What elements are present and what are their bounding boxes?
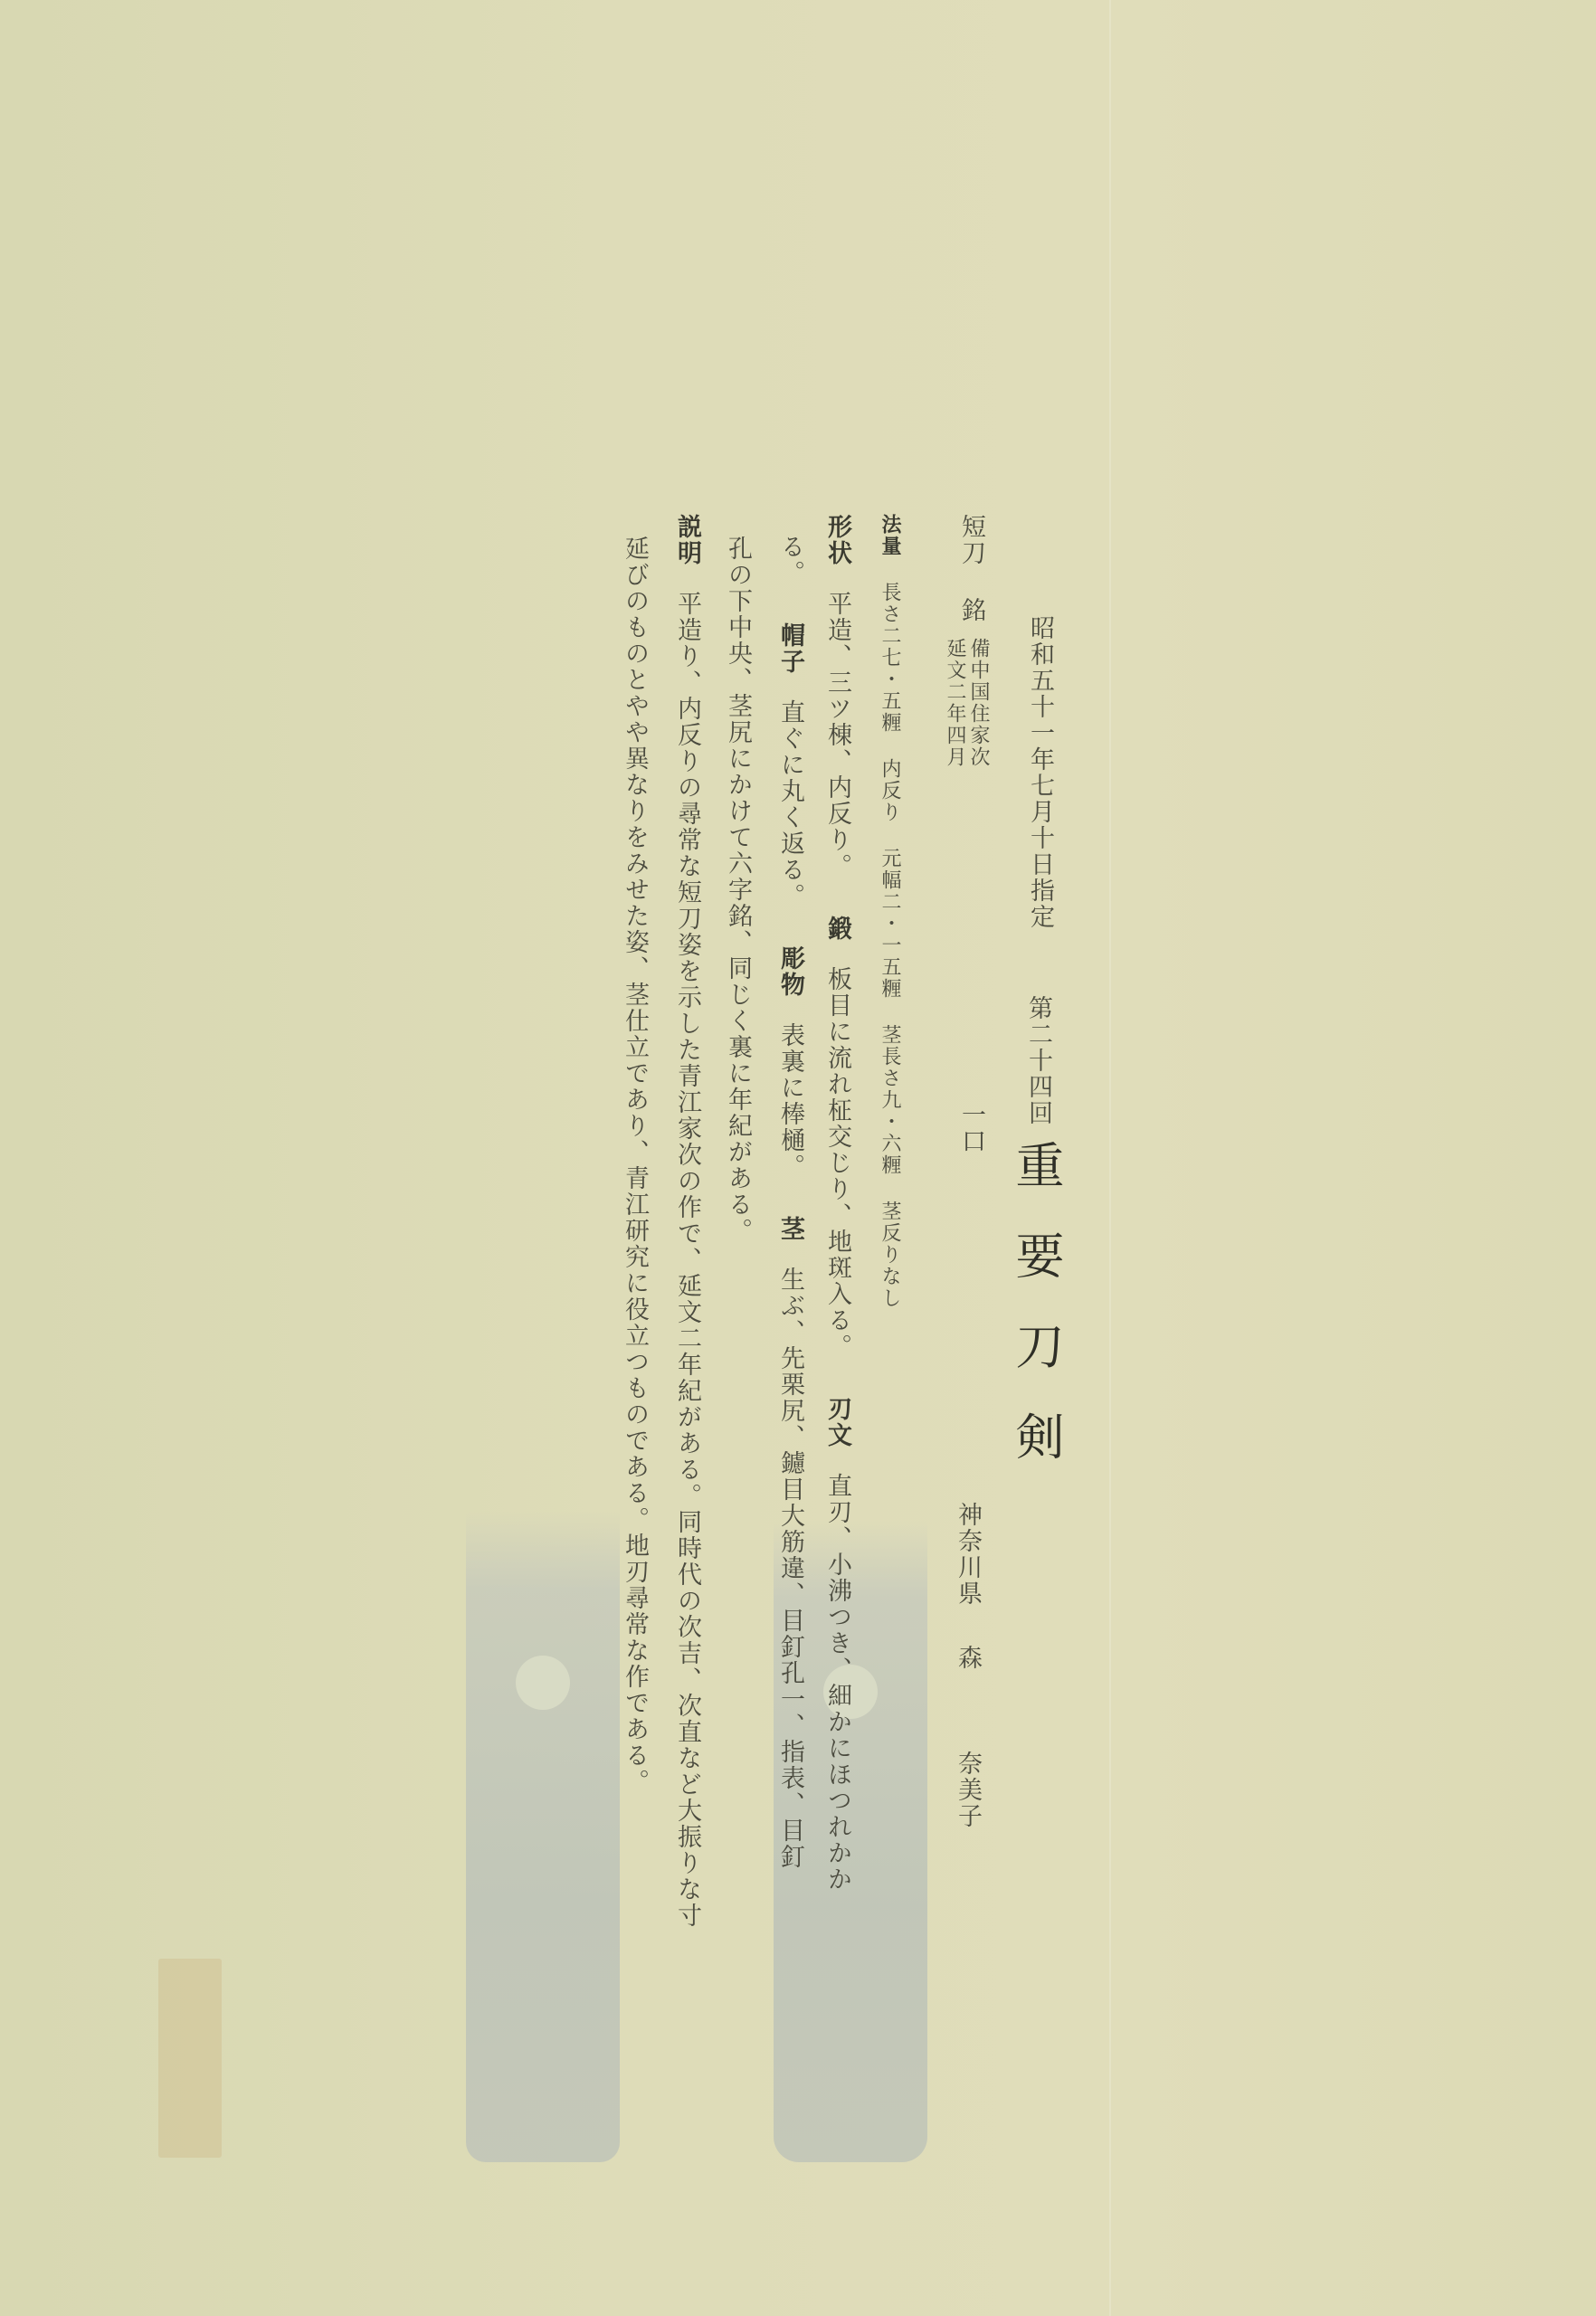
- hoyo-sori: 内反り: [879, 758, 901, 823]
- keijo-kitae-hamon-row: 形状平造、三ツ棟、内反り。鍛板目に流れ柾交じり、地斑入る。刃文直刃、小沸つき、細…: [825, 514, 850, 1893]
- item-count: 一口: [959, 1102, 983, 1154]
- session-number: 第二十四回: [1026, 995, 1050, 1126]
- keijo-text: 平造、三ツ棟、内反り。: [823, 591, 851, 879]
- item-type: 短刀: [959, 514, 983, 566]
- nakago-text: 生ぶ、先栗尻、鑢目大筋違、目釘孔一、指表、目釘: [776, 1267, 804, 1870]
- boshi-label: 帽子: [776, 622, 804, 675]
- page-fold: [1109, 0, 1111, 2316]
- explanation-line-1: 平造り、内反りの尋常な短刀姿を示した青江家次の作で、延文二年紀がある。同時代の次…: [673, 591, 701, 1929]
- explanation-row: 説明平造り、内反りの尋常な短刀姿を示した青江家次の作で、延文二年紀がある。同時代…: [675, 514, 699, 1929]
- document-page: 昭和五十一年七月十日指定 第二十四回 重要刀剣 短刀 銘 備中国住家次 延文二年…: [0, 0, 1596, 2316]
- hoyo-label: 法量: [879, 514, 901, 557]
- hoyo-nakago-sori: 茎反りなし: [879, 1201, 901, 1309]
- horimono-label: 彫物: [776, 945, 804, 998]
- mei-label: 銘: [959, 597, 983, 623]
- explanation-label: 説明: [673, 514, 701, 566]
- nakago-continuation: 孔の下中央、茎尻にかけて六字銘、同じく裏に年紀がある。: [726, 536, 750, 1244]
- faded-stamp: [158, 1959, 222, 2158]
- explanation-line-2: 延びのものとやや異なりをみせた姿、茎仕立であり、青江研究に役立つものである。地刃…: [622, 536, 647, 1795]
- keijo-label: 形状: [823, 514, 851, 566]
- mei-line-1: 備中国住家次: [968, 638, 988, 768]
- owner-surname: 森: [955, 1645, 980, 1671]
- owner-prefecture: 神奈川県: [955, 1502, 980, 1607]
- hoyo-nakago-length: 茎長さ九・六糎: [879, 1024, 901, 1176]
- mekugi-hole: [516, 1656, 570, 1710]
- hoyo-motohaba: 元幅二・一五糎: [879, 848, 901, 1000]
- kitae-text: 板目に流れ柾交じり、地斑入る。: [823, 966, 851, 1360]
- owner-given-name: 奈美子: [955, 1751, 980, 1829]
- boshi-horimono-nakago-row: る。帽子直ぐに丸く返る。彫物表裏に棒樋。茎生ぶ、先栗尻、鑢目大筋違、目釘孔一、指…: [778, 534, 803, 1870]
- oshigata-nakago-omote: [466, 1511, 620, 2162]
- kitae-label: 鍛: [823, 916, 851, 942]
- horimono-text: 表裏に棒樋。: [776, 1022, 804, 1180]
- page-title: 重要刀剣: [1012, 1140, 1060, 1502]
- hoyo-length: 長さ二七・五糎: [879, 582, 901, 734]
- nakago-label: 茎: [776, 1216, 804, 1242]
- hamon-continuation: る。: [776, 534, 804, 586]
- hamon-label: 刃文: [823, 1396, 851, 1448]
- mei-line-2: 延文二年四月: [945, 638, 964, 768]
- designation-date: 昭和五十一年七月十日指定: [1028, 615, 1052, 930]
- boshi-text: 直ぐに丸く返る。: [776, 699, 804, 909]
- hamon-text: 直刃、小沸つき、細かにほつれかか: [823, 1473, 851, 1893]
- hoyo-row: 法量長さ二七・五糎内反り元幅二・一五糎茎長さ九・六糎茎反りなし: [879, 514, 899, 1309]
